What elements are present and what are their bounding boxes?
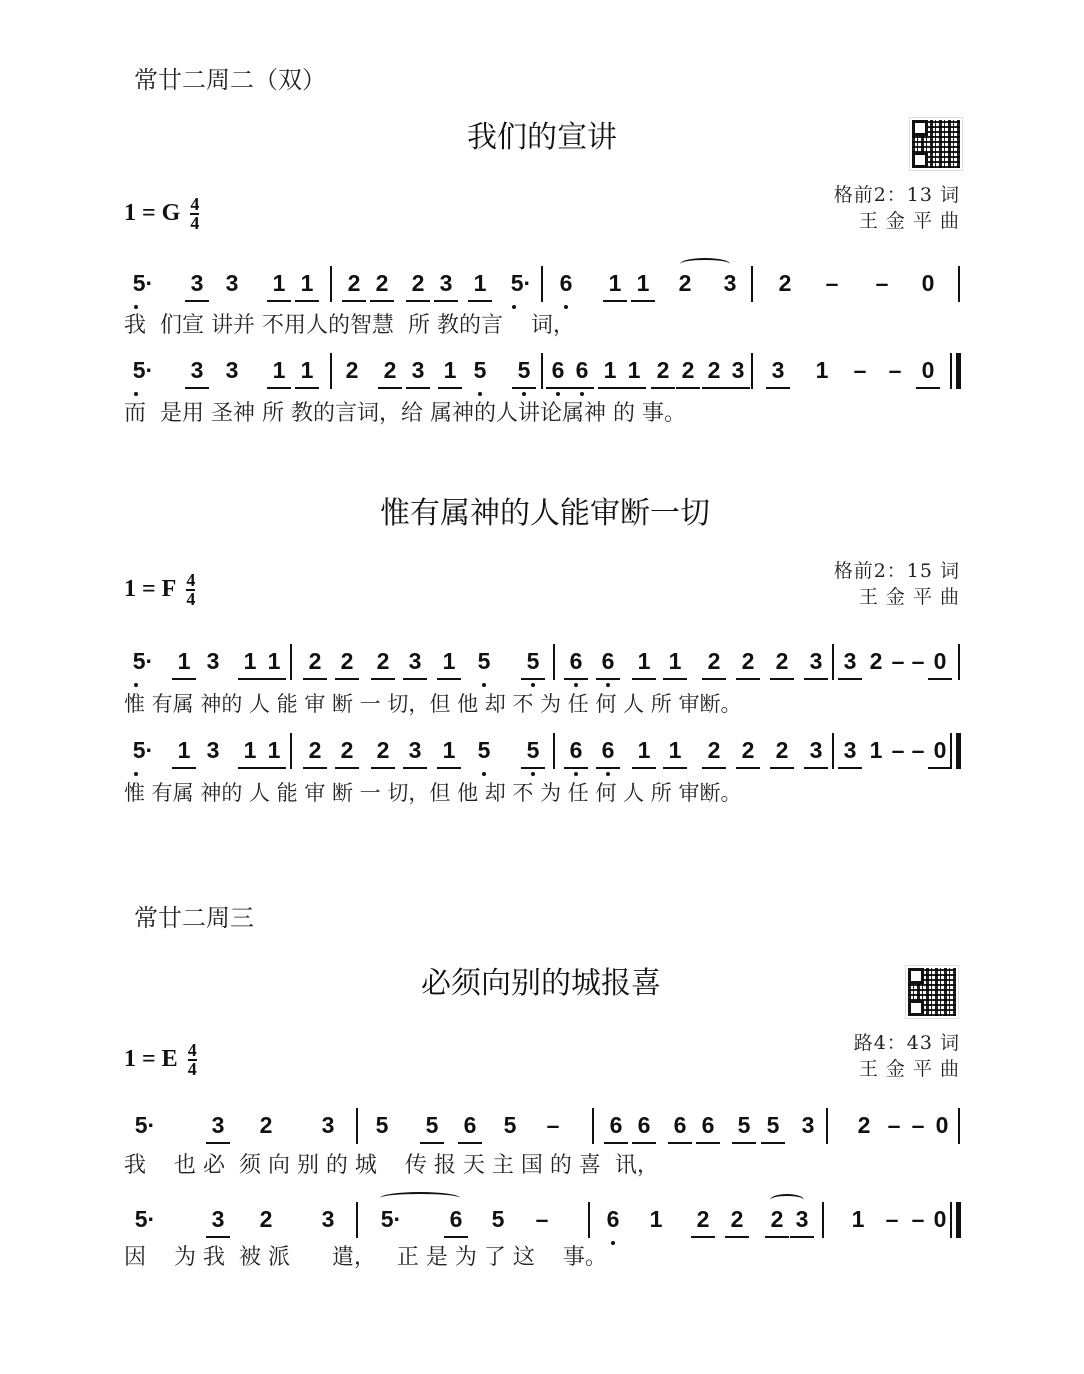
note: 6: [566, 648, 586, 675]
slur: [680, 258, 730, 270]
note: 3: [318, 1206, 338, 1233]
note: 5·: [374, 1206, 408, 1233]
note: 1: [624, 357, 644, 384]
note: 0: [918, 270, 938, 297]
note: 2: [372, 270, 392, 297]
key-label: 1 = G: [124, 200, 180, 227]
note: 1: [440, 357, 460, 384]
lyrics-line: 我 也 必 须 向 别 的 城 传 报 天 主 国 的 喜 讯，: [124, 1148, 659, 1179]
note: 1: [600, 357, 620, 384]
barline: [592, 1108, 594, 1144]
note: 2: [342, 357, 362, 384]
note: 2: [380, 357, 400, 384]
note: 5·: [504, 270, 538, 297]
note: 0: [918, 357, 938, 384]
barline: [541, 353, 543, 389]
barline: [751, 266, 753, 302]
note: 1: [646, 1206, 666, 1233]
note: 6: [446, 1206, 466, 1233]
note: 5: [734, 1112, 754, 1139]
note: 2: [305, 648, 325, 675]
note: 5: [372, 1112, 392, 1139]
music-credit: 王 金 平 曲: [834, 208, 960, 234]
notation-row: 5·131122231556611222331––0: [0, 737, 1084, 771]
barline: [751, 353, 753, 389]
note: 2: [693, 1206, 713, 1233]
barline: [822, 1202, 824, 1238]
note: 3: [792, 1206, 812, 1233]
note: 6: [670, 1112, 690, 1139]
barline: [553, 644, 555, 680]
note: 0: [930, 737, 950, 764]
lyrics-credit: 格前2：13 词: [834, 182, 960, 208]
note: 2: [854, 1112, 874, 1139]
note: 1: [439, 648, 459, 675]
credits: 路4：43 词 王 金 平 曲: [854, 1030, 960, 1082]
note: 3: [806, 737, 826, 764]
notation-row: 5·3235·65–6122231––0: [0, 1206, 1084, 1240]
note: 5·: [126, 648, 160, 675]
note: 1: [866, 737, 886, 764]
note: 5·: [126, 270, 160, 297]
note: 3: [187, 357, 207, 384]
note: 1: [174, 648, 194, 675]
barline: [826, 1108, 828, 1144]
note: 1: [297, 357, 317, 384]
note: 1: [439, 737, 459, 764]
final-barline: [956, 1202, 961, 1238]
barline: [290, 733, 292, 769]
note: 3: [840, 648, 860, 675]
section-label: 常廿二周三: [134, 898, 254, 933]
note: 1: [665, 648, 685, 675]
note: 1: [812, 357, 832, 384]
note: 1: [240, 737, 260, 764]
note: –: [872, 270, 892, 297]
note: 5: [500, 1112, 520, 1139]
qr-code-icon: [906, 966, 958, 1018]
notation-row: 5·131122231556611222332––0: [0, 648, 1084, 682]
note: 5: [488, 1206, 508, 1233]
note: 5·: [128, 1206, 162, 1233]
note: –: [888, 648, 908, 675]
note: 6: [606, 1112, 626, 1139]
note: 5: [523, 737, 543, 764]
barline: [553, 733, 555, 769]
note: 1: [633, 270, 653, 297]
note: –: [882, 1206, 902, 1233]
key-signature: 1 = E 4 4: [124, 1042, 197, 1077]
key-signature: 1 = G 4 4: [124, 196, 199, 231]
note: 6: [566, 737, 586, 764]
barline: [958, 1108, 960, 1144]
credits: 格前2：13 词 王 金 平 曲: [834, 182, 960, 234]
key-signature: 1 = F 4 4: [124, 572, 195, 607]
music-credit: 王 金 平 曲: [834, 584, 960, 610]
music-credit: 王 金 平 曲: [854, 1056, 960, 1082]
note: 2: [675, 270, 695, 297]
note: 2: [772, 737, 792, 764]
barline: [832, 644, 834, 680]
note: 0: [932, 1112, 952, 1139]
note: 1: [634, 648, 654, 675]
note: 3: [405, 648, 425, 675]
note: 2: [775, 270, 795, 297]
notation-row: 5·3311222315·611232––0: [0, 270, 1084, 304]
key-label: 1 = F: [124, 576, 176, 603]
note: 1: [174, 737, 194, 764]
note: 5: [763, 1112, 783, 1139]
note: 3: [203, 737, 223, 764]
note: 1: [264, 737, 284, 764]
song-title: 必须向别的城报喜: [421, 958, 661, 1002]
note: 6: [460, 1112, 480, 1139]
note: 3: [222, 270, 242, 297]
song-title: 惟有属神的人能审断一切: [380, 488, 710, 532]
note: 3: [187, 270, 207, 297]
lyrics-credit: 路4：43 词: [854, 1030, 960, 1056]
song-title: 我们的宣讲: [467, 112, 617, 156]
note: –: [850, 357, 870, 384]
note: 1: [264, 648, 284, 675]
notation-row: 5·3235565–66665532––0: [0, 1112, 1084, 1146]
time-signature: 4 4: [186, 572, 195, 607]
barline: [356, 1108, 358, 1144]
note: 6: [556, 270, 576, 297]
note: 3: [405, 737, 425, 764]
note: 3: [728, 357, 748, 384]
note: 5: [422, 1112, 442, 1139]
section-label: 常廿二周二（双）: [134, 60, 326, 95]
note: 3: [768, 357, 788, 384]
lyrics-line: 因 为 我 被 派 遣， 正 是 为 了 这 事。: [124, 1240, 607, 1271]
barline: [330, 266, 332, 302]
note: 0: [930, 1206, 950, 1233]
note: 3: [208, 1112, 228, 1139]
note: 6: [698, 1112, 718, 1139]
lyrics-line: 而 是用 圣神 所 教的言词，给 属神的人讲论属神 的 事。: [124, 396, 686, 427]
barline: [290, 644, 292, 680]
notation-row: 5·33112231556611222331––0: [0, 357, 1084, 391]
note: 6: [572, 357, 592, 384]
note: 1: [605, 270, 625, 297]
note: 2: [738, 737, 758, 764]
credits: 格前2：15 词 王 金 平 曲: [834, 558, 960, 610]
slur: [770, 1194, 804, 1206]
note: –: [908, 1206, 928, 1233]
note: 3: [840, 737, 860, 764]
note: 2: [767, 1206, 787, 1233]
note: 3: [798, 1112, 818, 1139]
note: 5: [523, 648, 543, 675]
note: 1: [240, 648, 260, 675]
note: –: [888, 737, 908, 764]
note: 2: [337, 648, 357, 675]
note: 1: [665, 737, 685, 764]
lyrics-line: 我 们宣 讲并 不用人的智慧 所 教的言 词，: [124, 308, 575, 339]
final-barline: [956, 733, 961, 769]
note: –: [884, 1112, 904, 1139]
note: 1: [269, 357, 289, 384]
note: –: [908, 737, 928, 764]
note: 2: [305, 737, 325, 764]
barline: [958, 644, 960, 680]
note: 2: [256, 1112, 276, 1139]
note: 3: [208, 1206, 228, 1233]
note: 5: [474, 737, 494, 764]
note: 5·: [126, 737, 160, 764]
note: 2: [373, 737, 393, 764]
note: 2: [727, 1206, 747, 1233]
note: –: [532, 1206, 552, 1233]
note: 2: [704, 648, 724, 675]
note: 3: [436, 270, 456, 297]
lyrics-line: 惟 有属 神的 人 能 审 断 一 切，但 他 却 不 为 任 何 人 所 审断…: [124, 777, 741, 807]
note: 2: [704, 357, 724, 384]
barline: [832, 733, 834, 769]
note: 2: [408, 270, 428, 297]
note: 2: [704, 737, 724, 764]
note: –: [885, 357, 905, 384]
note: 3: [203, 648, 223, 675]
time-signature: 4 4: [190, 196, 199, 231]
note: 3: [806, 648, 826, 675]
time-signature: 4 4: [188, 1042, 197, 1077]
lyrics-credit: 格前2：15 词: [834, 558, 960, 584]
note: 1: [297, 270, 317, 297]
note: 5·: [126, 357, 160, 384]
note: –: [822, 270, 842, 297]
note: 5: [514, 357, 534, 384]
note: 2: [256, 1206, 276, 1233]
note: 6: [548, 357, 568, 384]
note: 5: [470, 357, 490, 384]
note: 2: [738, 648, 758, 675]
note: –: [908, 1112, 928, 1139]
note: 2: [772, 648, 792, 675]
note: –: [908, 648, 928, 675]
note: 2: [373, 648, 393, 675]
note: 6: [598, 737, 618, 764]
note: 1: [634, 737, 654, 764]
note: 2: [653, 357, 673, 384]
barline: [356, 1202, 358, 1238]
slur: [380, 1192, 460, 1204]
note: 3: [720, 270, 740, 297]
lyrics-line: 惟 有属 神的 人 能 审 断 一 切，但 他 却 不 为 任 何 人 所 审断…: [124, 688, 741, 718]
barline: [588, 1202, 590, 1238]
qr-code-icon: [910, 118, 962, 170]
note: 3: [318, 1112, 338, 1139]
note: 5: [474, 648, 494, 675]
note: 5·: [128, 1112, 162, 1139]
note: 6: [598, 648, 618, 675]
note: 3: [408, 357, 428, 384]
note: 6: [634, 1112, 654, 1139]
barline: [958, 266, 960, 302]
note: 2: [337, 737, 357, 764]
note: 2: [344, 270, 364, 297]
note: 3: [222, 357, 242, 384]
note: 2: [678, 357, 698, 384]
note: 0: [930, 648, 950, 675]
barline: [541, 266, 543, 302]
key-label: 1 = E: [124, 1046, 178, 1073]
note: –: [543, 1112, 563, 1139]
barline: [330, 353, 332, 389]
note: 1: [848, 1206, 868, 1233]
note: 1: [269, 270, 289, 297]
note: 1: [470, 270, 490, 297]
final-barline: [956, 353, 961, 389]
note: 6: [603, 1206, 623, 1233]
note: 2: [866, 648, 886, 675]
